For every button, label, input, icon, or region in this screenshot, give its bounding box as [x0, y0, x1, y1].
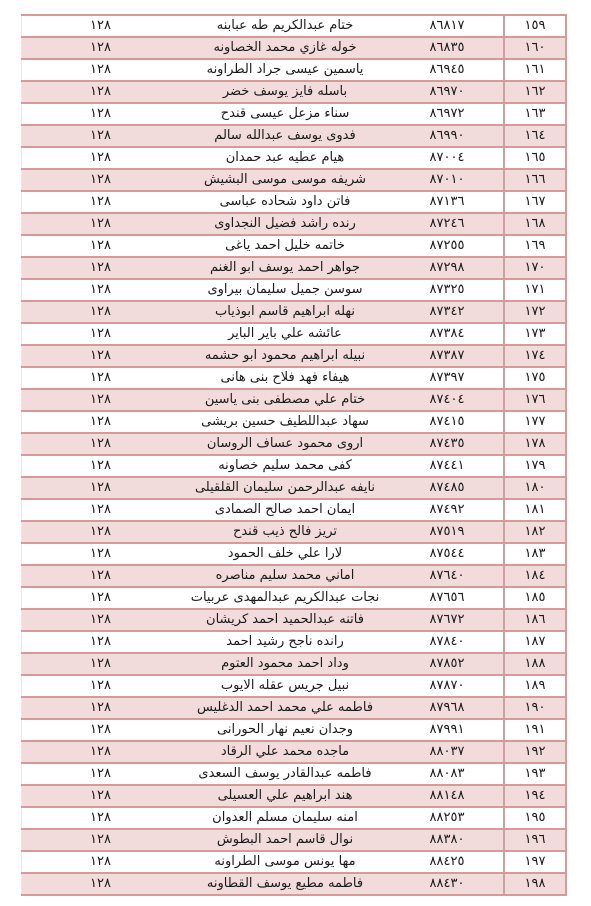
row-index-cell: ١٦٧: [504, 191, 566, 213]
student-name-cell: خاتمه خليل احمد ياغى: [179, 235, 391, 257]
table-row: ١٩١ ٨٧٩٩١ وجدان نعيم نهار الحورانى ١٢٨: [22, 719, 567, 741]
student-id-cell: ٨٨٣٨٠: [391, 829, 504, 851]
table-row: ١٨١ ٨٧٤٩٢ ايمان احمد صالح الصمادى ١٢٨: [22, 499, 567, 521]
student-name-cell: رنده راشد فضيل النجداوى: [179, 213, 391, 235]
row-index-cell: ١٨٧: [504, 631, 566, 653]
score-cell: ١٢٨: [22, 697, 180, 719]
student-id-cell: ٨٧٣٩٧: [391, 367, 504, 389]
score-cell: ١٢٨: [22, 59, 180, 81]
student-name-cell: ماجده محمد علي الرقاد: [179, 741, 391, 763]
student-id-cell: ٨٧١٣٦: [391, 191, 504, 213]
row-index-cell: ١٩١: [504, 719, 566, 741]
student-name-cell: نهله ابراهيم قاسم ابوذياب: [179, 301, 391, 323]
row-index-cell: ١٧٥: [504, 367, 566, 389]
score-cell: ١٢٨: [22, 37, 180, 59]
score-cell: ١٢٨: [22, 499, 180, 521]
student-id-cell: ٨٧٨٥٢: [391, 653, 504, 675]
score-cell: ١٢٨: [22, 367, 180, 389]
student-name-cell: نجات عبدالكريم عبدالمهدى عربيات: [179, 587, 391, 609]
row-index-cell: ١٦٩: [504, 235, 566, 257]
score-cell: ١٢٨: [22, 257, 180, 279]
table-row: ١٧٧ ٨٧٤١٥ سهاد عبداللطيف حسين بريشى ١٢٨: [22, 411, 567, 433]
score-cell: ١٢٨: [22, 345, 180, 367]
table-row: ١٦٧ ٨٧١٣٦ فاتن داود شحاده عباسى ١٢٨: [22, 191, 567, 213]
row-index-cell: ١٦٠: [504, 37, 566, 59]
student-id-cell: ٨٨١٤٨: [391, 785, 504, 807]
table-row: ١٦٣ ٨٦٩٧٢ سناء مزعل عيسى قندح ١٢٨: [22, 103, 567, 125]
row-index-cell: ١٦٣: [504, 103, 566, 125]
table-row: ١٦٢ ٨٦٩٧٠ باسله فايز يوسف خضر ١٢٨: [22, 81, 567, 103]
score-cell: ١٢٨: [22, 763, 180, 785]
student-name-cell: سهاد عبداللطيف حسين بريشى: [179, 411, 391, 433]
student-name-cell: شريفه موسى موسى البشيش: [179, 169, 391, 191]
score-cell: ١٢٨: [22, 433, 180, 455]
student-name-cell: وجدان نعيم نهار الحورانى: [179, 719, 391, 741]
student-id-cell: ٨٧٤٣٥: [391, 433, 504, 455]
row-index-cell: ١٩٠: [504, 697, 566, 719]
student-name-cell: عائشه علي باير الباير: [179, 323, 391, 345]
student-id-cell: ٨٨٤٣٠: [391, 873, 504, 895]
table-row: ١٨٩ ٨٧٨٧٠ نبيل جريس عقله الايوب ١٢٨: [22, 675, 567, 697]
table-row: ١٦٤ ٨٦٩٩٠ فدوى يوسف عبدالله سالم ١٢٨: [22, 125, 567, 147]
student-name-cell: ايمان احمد صالح الصمادى: [179, 499, 391, 521]
student-id-cell: ٨٦٩٩٠: [391, 125, 504, 147]
score-cell: ١٢٨: [22, 169, 180, 191]
table-row: ١٦٥ ٨٧٠٠٤ هيام عطيه عبد حمدان ١٢٨: [22, 147, 567, 169]
row-index-cell: ١٩٧: [504, 851, 566, 873]
student-name-cell: فدوى يوسف عبدالله سالم: [179, 125, 391, 147]
student-name-cell: نبيل جريس عقله الايوب: [179, 675, 391, 697]
score-cell: ١٢٨: [22, 455, 180, 477]
student-name-cell: ياسمين عيسى جراد الطراونه: [179, 59, 391, 81]
student-name-cell: فاتن داود شحاده عباسى: [179, 191, 391, 213]
row-index-cell: ١٧٣: [504, 323, 566, 345]
student-id-cell: ٨٧٦٥٦: [391, 587, 504, 609]
student-name-cell: سوسن جميل سليمان بيراوى: [179, 279, 391, 301]
row-index-cell: ١٨٣: [504, 543, 566, 565]
row-index-cell: ١٦٥: [504, 147, 566, 169]
table-row: ١٧٨ ٨٧٤٣٥ اروى محمود عساف الروسان ١٢٨: [22, 433, 567, 455]
table-row: ١٨٠ ٨٧٤٨٥ نايفه عبدالرحمن سليمان القلقيل…: [22, 477, 567, 499]
table-row: ١٧٢ ٨٧٣٤٢ نهله ابراهيم قاسم ابوذياب ١٢٨: [22, 301, 567, 323]
row-index-cell: ١٩٣: [504, 763, 566, 785]
score-cell: ١٢٨: [22, 477, 180, 499]
table-row: ١٨٥ ٨٧٦٥٦ نجات عبدالكريم عبدالمهدى عربيا…: [22, 587, 567, 609]
table-row: ١٨٤ ٨٧٦٤٠ اماني محمد سليم مناصره ١٢٨: [22, 565, 567, 587]
student-name-cell: سناء مزعل عيسى قندح: [179, 103, 391, 125]
table-row: ١٩٨ ٨٨٤٣٠ فاطمه مطيع يوسف القطاونه ١٢٨: [22, 873, 567, 895]
table-row: ١٨٧ ٨٧٨٤٠ رانده ناجح رشيد احمد ١٢٨: [22, 631, 567, 653]
student-name-cell: باسله فايز يوسف خضر: [179, 81, 391, 103]
student-name-cell: لارا علي خلف الحمود: [179, 543, 391, 565]
row-index-cell: ١٦٨: [504, 213, 566, 235]
student-name-cell: تريز فالح ذيب قندح: [179, 521, 391, 543]
score-cell: ١٢٨: [22, 653, 180, 675]
student-id-cell: ٨٧٥٤٤: [391, 543, 504, 565]
score-cell: ١٢٨: [22, 807, 180, 829]
student-id-cell: ٨٧٢٤٦: [391, 213, 504, 235]
student-name-cell: ختام عبدالكريم طه عبابنه: [179, 15, 391, 37]
student-name-cell: كفى محمد سليم خصاونه: [179, 455, 391, 477]
student-name-cell: فاتنه عبدالحميد احمد كريشان: [179, 609, 391, 631]
table-row: ١٩٠ ٨٧٩٦٨ فاطمه علي محمد احمد الدغليس ١٢…: [22, 697, 567, 719]
table-row: ١٧٩ ٨٧٤٤١ كفى محمد سليم خصاونه ١٢٨: [22, 455, 567, 477]
score-cell: ١٢٨: [22, 279, 180, 301]
row-index-cell: ١٧٨: [504, 433, 566, 455]
student-id-cell: ٨٦٩٧٢: [391, 103, 504, 125]
student-name-cell: اروى محمود عساف الروسان: [179, 433, 391, 455]
row-index-cell: ١٩٦: [504, 829, 566, 851]
table-row: ١٨٢ ٨٧٥١٩ تريز فالح ذيب قندح ١٢٨: [22, 521, 567, 543]
table-row: ١٨٨ ٨٧٨٥٢ وداد احمد محمود العتوم ١٢٨: [22, 653, 567, 675]
row-index-cell: ١٩٨: [504, 873, 566, 895]
student-id-cell: ٨٧٢٩٨: [391, 257, 504, 279]
table-row: ١٦٦ ٨٧٠١٠ شريفه موسى موسى البشيش ١٢٨: [22, 169, 567, 191]
score-cell: ١٢٨: [22, 323, 180, 345]
row-index-cell: ١٦٦: [504, 169, 566, 191]
student-name-cell: مها يونس موسى الطراونه: [179, 851, 391, 873]
table-row: ١٧٣ ٨٧٣٨٤ عائشه علي باير الباير ١٢٨: [22, 323, 567, 345]
score-cell: ١٢٨: [22, 543, 180, 565]
score-cell: ١٢٨: [22, 411, 180, 433]
student-name-cell: ختام علي مصطفى بنى ياسين: [179, 389, 391, 411]
student-name-cell: نوال قاسم احمد البطوش: [179, 829, 391, 851]
row-index-cell: ١٩٤: [504, 785, 566, 807]
student-id-cell: ٨٦٩٤٥: [391, 59, 504, 81]
table-row: ١٦١ ٨٦٩٤٥ ياسمين عيسى جراد الطراونه ١٢٨: [22, 59, 567, 81]
student-name-cell: فاطمه عبدالقادر يوسف السعدى: [179, 763, 391, 785]
row-index-cell: ١٦٢: [504, 81, 566, 103]
student-id-cell: ٨٦٨٣٥: [391, 37, 504, 59]
student-name-cell: هند ابراهيم علي العسيلى: [179, 785, 391, 807]
score-cell: ١٢٨: [22, 785, 180, 807]
score-cell: ١٢٨: [22, 829, 180, 851]
row-index-cell: ١٩٥: [504, 807, 566, 829]
student-id-cell: ٨٧٤٩٢: [391, 499, 504, 521]
table-row: ١٦٠ ٨٦٨٣٥ خوله غازي محمد الخصاونه ١٢٨: [22, 37, 567, 59]
student-id-cell: ٨٦٩٧٠: [391, 81, 504, 103]
score-cell: ١٢٨: [22, 675, 180, 697]
score-cell: ١٢٨: [22, 125, 180, 147]
score-cell: ١٢٨: [22, 191, 180, 213]
table-row: ١٨٦ ٨٧٦٧٢ فاتنه عبدالحميد احمد كريشان ١٢…: [22, 609, 567, 631]
student-id-cell: ٨٧٣٨٤: [391, 323, 504, 345]
student-name-cell: نبيله ابراهيم محمود ابو حشمه: [179, 345, 391, 367]
score-cell: ١٢٨: [22, 103, 180, 125]
student-id-cell: ٨٧٤٠٤: [391, 389, 504, 411]
table-row: ١٩٦ ٨٨٣٨٠ نوال قاسم احمد البطوش ١٢٨: [22, 829, 567, 851]
row-index-cell: ١٧١: [504, 279, 566, 301]
row-index-cell: ١٨٠: [504, 477, 566, 499]
table-row: ١٧١ ٨٧٣٢٥ سوسن جميل سليمان بيراوى ١٢٨: [22, 279, 567, 301]
score-cell: ١٢٨: [22, 301, 180, 323]
table-body: ١٥٩ ٨٦٨١٧ ختام عبدالكريم طه عبابنه ١٢٨ ١…: [22, 15, 567, 895]
score-cell: ١٢٨: [22, 609, 180, 631]
student-id-cell: ٨٨٠٨٣: [391, 763, 504, 785]
table-row: ١٩٤ ٨٨١٤٨ هند ابراهيم علي العسيلى ١٢٨: [22, 785, 567, 807]
student-name-cell: فاطمه مطيع يوسف القطاونه: [179, 873, 391, 895]
student-id-cell: ٨٧٢٥٥: [391, 235, 504, 257]
row-index-cell: ١٨٦: [504, 609, 566, 631]
row-index-cell: ١٩٢: [504, 741, 566, 763]
student-id-cell: ٨٧٣٨٧: [391, 345, 504, 367]
student-id-cell: ٨٨٤٢٥: [391, 851, 504, 873]
table-row: ١٩٢ ٨٨٠٣٧ ماجده محمد علي الرقاد ١٢٨: [22, 741, 567, 763]
row-index-cell: ١٨٥: [504, 587, 566, 609]
student-id-cell: ٨٧٠١٠: [391, 169, 504, 191]
table-row: ١٦٨ ٨٧٢٤٦ رنده راشد فضيل النجداوى ١٢٨: [22, 213, 567, 235]
score-cell: ١٢٨: [22, 873, 180, 895]
student-name-cell: اماني محمد سليم مناصره: [179, 565, 391, 587]
student-name-cell: نايفه عبدالرحمن سليمان القلقيلى: [179, 477, 391, 499]
student-id-cell: ٨٧٣٢٥: [391, 279, 504, 301]
score-cell: ١٢٨: [22, 565, 180, 587]
table-row: ١٧٦ ٨٧٤٠٤ ختام علي مصطفى بنى ياسين ١٢٨: [22, 389, 567, 411]
table-row: ١٥٩ ٨٦٨١٧ ختام عبدالكريم طه عبابنه ١٢٨: [22, 15, 567, 37]
student-id-cell: ٨٧٦٤٠: [391, 565, 504, 587]
student-id-cell: ٨٧٥١٩: [391, 521, 504, 543]
score-cell: ١٢٨: [22, 235, 180, 257]
table-row: ١٨٣ ٨٧٥٤٤ لارا علي خلف الحمود ١٢٨: [22, 543, 567, 565]
student-id-cell: ٨٧٦٧٢: [391, 609, 504, 631]
score-cell: ١٢٨: [22, 631, 180, 653]
student-name-cell: فاطمه علي محمد احمد الدغليس: [179, 697, 391, 719]
score-cell: ١٢٨: [22, 15, 180, 37]
student-id-cell: ٨٧٤١٥: [391, 411, 504, 433]
table-row: ١٧٥ ٨٧٣٩٧ هيفاء فهد فلاح بنى هانى ١٢٨: [22, 367, 567, 389]
score-cell: ١٢٨: [22, 851, 180, 873]
table-row: ١٩٥ ٨٨٢٥٣ امنه سليمان مسلم العدوان ١٢٨: [22, 807, 567, 829]
row-index-cell: ١٥٩: [504, 15, 566, 37]
student-id-cell: ٨٧٨٤٠: [391, 631, 504, 653]
table-row: ١٩٣ ٨٨٠٨٣ فاطمه عبدالقادر يوسف السعدى ١٢…: [22, 763, 567, 785]
table-row: ١٧٤ ٨٧٣٨٧ نبيله ابراهيم محمود ابو حشمه ١…: [22, 345, 567, 367]
student-name-cell: هيام عطيه عبد حمدان: [179, 147, 391, 169]
student-name-cell: رانده ناجح رشيد احمد: [179, 631, 391, 653]
student-id-cell: ٨٧٤٨٥: [391, 477, 504, 499]
table-row: ١٧٠ ٨٧٢٩٨ جواهر احمد يوسف ابو الغنم ١٢٨: [22, 257, 567, 279]
score-cell: ١٢٨: [22, 81, 180, 103]
student-name-cell: هيفاء فهد فلاح بنى هانى: [179, 367, 391, 389]
row-index-cell: ١٧٤: [504, 345, 566, 367]
row-index-cell: ١٧٢: [504, 301, 566, 323]
student-id-cell: ٨٧٩٩١: [391, 719, 504, 741]
table-row: ١٦٩ ٨٧٢٥٥ خاتمه خليل احمد ياغى ١٢٨: [22, 235, 567, 257]
student-id-cell: ٨٧٤٤١: [391, 455, 504, 477]
student-name-cell: امنه سليمان مسلم العدوان: [179, 807, 391, 829]
score-cell: ١٢٨: [22, 521, 180, 543]
student-name-cell: جواهر احمد يوسف ابو الغنم: [179, 257, 391, 279]
row-index-cell: ١٧٠: [504, 257, 566, 279]
student-id-cell: ٨٦٨١٧: [391, 15, 504, 37]
student-id-cell: ٨٧٠٠٤: [391, 147, 504, 169]
score-cell: ١٢٨: [22, 389, 180, 411]
row-index-cell: ١٦٤: [504, 125, 566, 147]
row-index-cell: ١٧٦: [504, 389, 566, 411]
row-index-cell: ١٧٩: [504, 455, 566, 477]
row-index-cell: ١٨٤: [504, 565, 566, 587]
score-cell: ١٢٨: [22, 719, 180, 741]
student-id-cell: ٨٨٠٣٧: [391, 741, 504, 763]
student-id-cell: ٨٨٢٥٣: [391, 807, 504, 829]
student-id-cell: ٨٧٣٤٢: [391, 301, 504, 323]
student-list-table: ١٥٩ ٨٦٨١٧ ختام عبدالكريم طه عبابنه ١٢٨ ١…: [21, 14, 567, 896]
score-cell: ١٢٨: [22, 587, 180, 609]
student-id-cell: ٨٧٨٧٠: [391, 675, 504, 697]
row-index-cell: ١٨٩: [504, 675, 566, 697]
student-name-cell: وداد احمد محمود العتوم: [179, 653, 391, 675]
score-cell: ١٢٨: [22, 741, 180, 763]
score-cell: ١٢٨: [22, 147, 180, 169]
row-index-cell: ١٨١: [504, 499, 566, 521]
student-name-cell: خوله غازي محمد الخصاونه: [179, 37, 391, 59]
student-id-cell: ٨٧٩٦٨: [391, 697, 504, 719]
row-index-cell: ١٧٧: [504, 411, 566, 433]
table-row: ١٩٧ ٨٨٤٢٥ مها يونس موسى الطراونه ١٢٨: [22, 851, 567, 873]
row-index-cell: ١٨٨: [504, 653, 566, 675]
score-cell: ١٢٨: [22, 213, 180, 235]
row-index-cell: ١٨٢: [504, 521, 566, 543]
row-index-cell: ١٦١: [504, 59, 566, 81]
